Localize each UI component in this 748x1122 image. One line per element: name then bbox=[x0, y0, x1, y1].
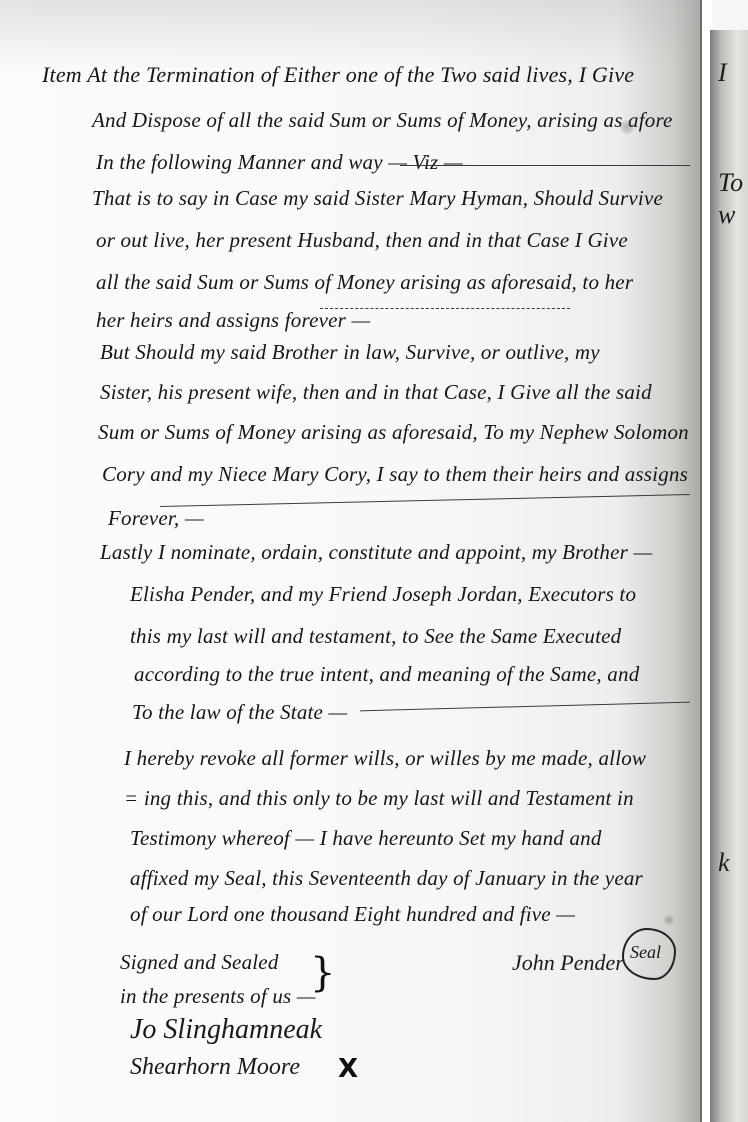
text-line-22: of our Lord one thousand Eight hundred a… bbox=[130, 902, 575, 927]
signed-and-sealed: Signed and Sealed bbox=[120, 950, 279, 975]
adjacent-text-fragment: w bbox=[718, 202, 735, 228]
text-line-8: But Should my said Brother in law, Survi… bbox=[100, 340, 600, 365]
seal-label: Seal bbox=[630, 942, 661, 963]
line-fill-rule bbox=[320, 308, 570, 309]
text-line-5: or out live, her present Husband, then a… bbox=[96, 228, 628, 253]
text-line-11: Cory and my Niece Mary Cory, I say to th… bbox=[102, 462, 688, 487]
testator-signature: John Pender bbox=[512, 950, 624, 976]
text-line-7: her heirs and assigns forever — bbox=[96, 308, 370, 333]
line-fill-rule bbox=[160, 494, 690, 507]
text-line-14: Elisha Pender, and my Friend Joseph Jord… bbox=[130, 582, 636, 607]
witness-brace: } bbox=[310, 950, 335, 996]
ink-smudge bbox=[620, 120, 634, 134]
text-line-3: In the following Manner and way — Viz — bbox=[96, 150, 463, 175]
witness-signature-2: Shearhorn Moore bbox=[130, 1054, 300, 1081]
line-fill-rule bbox=[360, 702, 690, 712]
text-line-20: Testimony whereof — I have hereunto Set … bbox=[130, 826, 602, 851]
text-line-18: I hereby revoke all former wills, or wil… bbox=[124, 746, 646, 771]
ink-smudge bbox=[664, 915, 674, 925]
text-line-10: Sum or Sums of Money arising as aforesai… bbox=[98, 420, 689, 445]
adjacent-page-edge: I To w k bbox=[710, 30, 748, 1122]
witness-signature-1: Jo Slinghamneak bbox=[130, 1014, 322, 1046]
adjacent-text-fragment: k bbox=[718, 850, 730, 876]
line-fill-rule bbox=[400, 165, 690, 166]
manuscript-page: Item At the Termination of Either one of… bbox=[0, 0, 700, 1122]
text-line-6: all the said Sum or Sums of Money arisin… bbox=[96, 270, 633, 295]
adjacent-text-fragment: I bbox=[718, 60, 727, 86]
text-line-17: To the law of the State — bbox=[132, 700, 347, 725]
text-line-2: And Dispose of all the said Sum or Sums … bbox=[92, 108, 673, 133]
adjacent-text-fragment: To bbox=[718, 170, 743, 196]
text-line-19: = ing this, and this only to be my last … bbox=[124, 786, 634, 811]
text-line-9: Sister, his present wife, then and in th… bbox=[100, 380, 652, 405]
text-line-21: affixed my Seal, this Seventeenth day of… bbox=[130, 866, 643, 891]
text-line-4: That is to say in Case my said Sister Ma… bbox=[92, 186, 663, 211]
text-line-1: Item At the Termination of Either one of… bbox=[42, 62, 634, 88]
text-line-15: this my last will and testament, to See … bbox=[130, 624, 621, 649]
text-line-13: Lastly I nominate, ordain, constitute an… bbox=[100, 540, 652, 565]
witness-x-mark: X bbox=[338, 1054, 358, 1084]
text-line-12: Forever, — bbox=[108, 506, 204, 531]
text-line-16: according to the true intent, and meanin… bbox=[134, 662, 639, 687]
in-presence-of: in the presents of us — bbox=[120, 984, 316, 1009]
